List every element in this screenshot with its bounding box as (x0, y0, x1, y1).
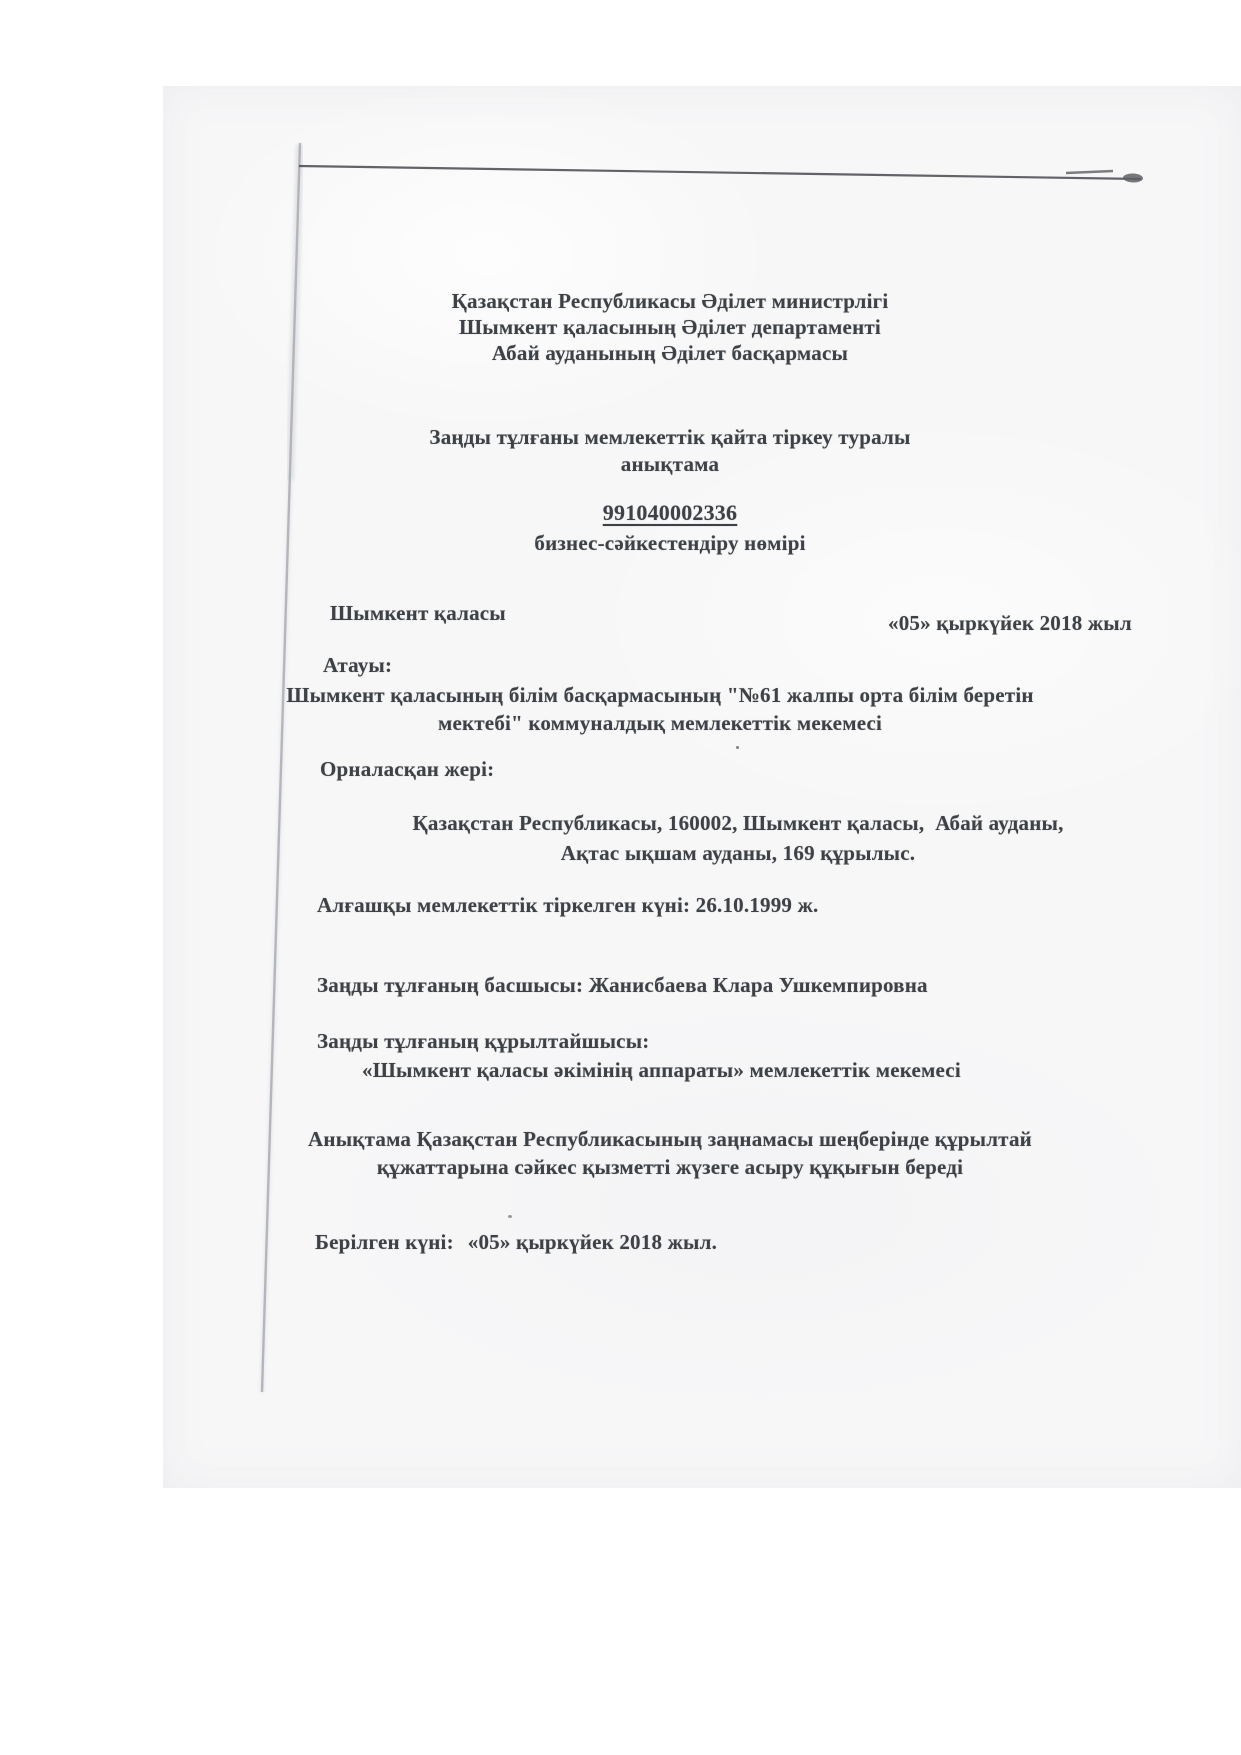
bin-label: бизнес-сәйкестендіру нөмірі (250, 530, 1090, 556)
authority-line-1: Қазақстан Республикасы Әділет министрліг… (250, 288, 1090, 314)
issue-city: Шымкент қаласы (330, 600, 506, 626)
founder-value: «Шымкент қаласы әкімінің аппараты» мемле… (362, 1057, 961, 1083)
founder-label: Заңды тұлғаның құрылтайшысы: (317, 1028, 650, 1054)
authority-line-3: Абай ауданының Әділет басқармасы (250, 340, 1090, 366)
issued-date-value: «05» қыркүйек 2018 жыл. (468, 1230, 717, 1254)
name-value-line-1: Шымкент қаласының білім басқармасының "№… (250, 682, 1070, 708)
name-value-line-2: мектебі" коммуналдық мемлекеттік мекемес… (250, 710, 1070, 736)
issued-date-label: Берілген күні: (315, 1230, 454, 1254)
location-label: Орналасқан жері: (320, 756, 494, 782)
scan-speck-1 (736, 746, 739, 749)
certificate-title-line-2: анықтама (250, 451, 1090, 477)
head-line: Заңды тұлғаның басшысы: Жанисбаева Клара… (317, 972, 928, 998)
first-registration-line: Алғашқы мемлекеттік тіркелген күні: 26.1… (317, 892, 818, 918)
issued-date-line: Берілген күні:«05» қыркүйек 2018 жыл. (315, 1229, 717, 1255)
location-value-line-2: Ақтас ықшам ауданы, 169 құрылыс. (320, 840, 1156, 866)
authority-line-2: Шымкент қаласының Әділет департаменті (250, 314, 1090, 340)
statement-line-2: құжаттарына сәйкес қызметті жүзеге асыру… (250, 1154, 1090, 1180)
location-value-line-1: Қазақстан Республикасы, 160002, Шымкент … (320, 810, 1156, 836)
statement-line-1: Анықтама Қазақстан Республикасының заңна… (250, 1126, 1090, 1152)
issue-date: «05» қыркүйек 2018 жыл (888, 610, 1241, 636)
name-label: Атауы: (323, 652, 392, 678)
certificate-title-line-1: Заңды тұлғаны мемлекеттік қайта тіркеу т… (250, 424, 1090, 450)
bin-number: 991040002336 (250, 500, 1090, 526)
scan-speck-2 (508, 1215, 512, 1218)
